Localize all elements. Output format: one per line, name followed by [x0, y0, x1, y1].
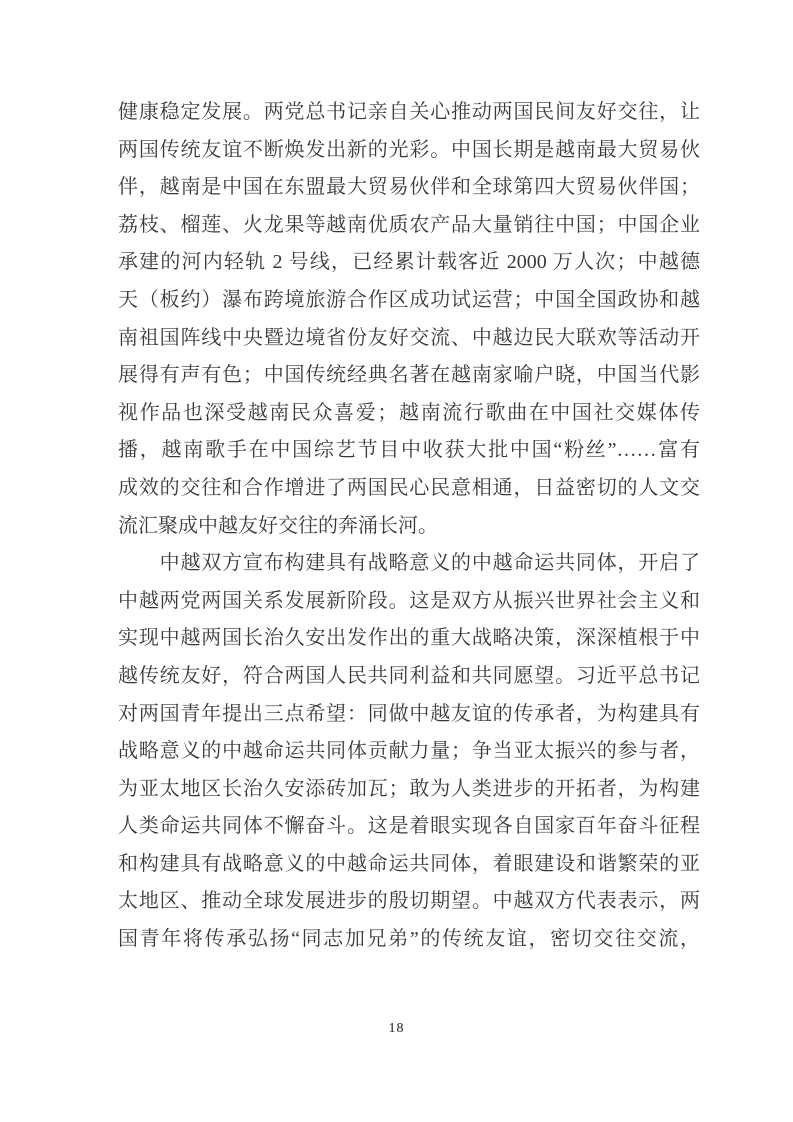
page-number: 18: [0, 1021, 793, 1037]
text-line: 荔枝、榴莲、火龙果等越南优质农产品大量销往中国；中国企业: [118, 207, 700, 245]
document-page: 健康稳定发展。两党总书记亲自关心推动两国民间友好交往，让两国传统友谊不断焕发出新…: [0, 0, 793, 1122]
paragraph: 中越双方宣布构建具有战略意义的中越命运共同体，开启了中越两党两国关系发展新阶段。…: [118, 545, 700, 959]
text-line: 中越双方宣布构建具有战略意义的中越命运共同体，开启了: [118, 545, 700, 583]
text-line: 承建的河内轻轨 2 号线，已经累计载客近 2000 万人次；中越德: [118, 244, 700, 282]
text-line: 为亚太地区长治久安添砖加瓦；敢为人类进步的开拓者，为构建: [118, 771, 700, 809]
text-line: 流汇聚成中越友好交往的奔涌长河。: [118, 508, 700, 546]
text-line: 两国传统友谊不断焕发出新的光彩。中国长期是越南最大贸易伙: [118, 132, 700, 170]
text-line: 南祖国阵线中央暨边境省份友好交流、中越边民大联欢等活动开: [118, 320, 700, 358]
paragraph: 健康稳定发展。两党总书记亲自关心推动两国民间友好交往，让两国传统友谊不断焕发出新…: [118, 94, 700, 545]
text-line: 和构建具有战略意义的中越命运共同体，着眼建设和谐繁荣的亚: [118, 846, 700, 884]
text-line: 战略意义的中越命运共同体贡献力量；争当亚太振兴的参与者，: [118, 733, 700, 771]
body-text: 健康稳定发展。两党总书记亲自关心推动两国民间友好交往，让两国传统友谊不断焕发出新…: [118, 94, 700, 959]
text-line: 健康稳定发展。两党总书记亲自关心推动两国民间友好交往，让: [118, 94, 700, 132]
text-line: 伴，越南是中国在东盟最大贸易伙伴和全球第四大贸易伙伴国；: [118, 169, 700, 207]
text-line: 太地区、推动全球发展进步的殷切期望。中越双方代表表示，两: [118, 883, 700, 921]
text-line: 越传统友好，符合两国人民共同利益和共同愿望。习近平总书记: [118, 658, 700, 696]
text-line: 实现中越两国长治久安出发作出的重大战略决策，深深植根于中: [118, 620, 700, 658]
text-line: 天（板约）瀑布跨境旅游合作区成功试运营；中国全国政协和越: [118, 282, 700, 320]
text-line: 人类命运共同体不懈奋斗。这是着眼实现各自国家百年奋斗征程: [118, 808, 700, 846]
text-line: 播，越南歌手在中国综艺节目中收获大批中国“粉丝”……富有: [118, 432, 700, 470]
text-line: 中越两党两国关系发展新阶段。这是双方从振兴世界社会主义和: [118, 583, 700, 621]
text-line: 成效的交往和合作增进了两国民心民意相通，日益密切的人文交: [118, 470, 700, 508]
text-line: 展得有声有色；中国传统经典名著在越南家喻户晓，中国当代影: [118, 357, 700, 395]
text-line: 国青年将传承弘扬“同志加兄弟”的传统友谊，密切交往交流，: [118, 921, 700, 959]
text-line: 对两国青年提出三点希望：同做中越友谊的传承者，为构建具有: [118, 696, 700, 734]
text-line: 视作品也深受越南民众喜爱；越南流行歌曲在中国社交媒体传: [118, 395, 700, 433]
